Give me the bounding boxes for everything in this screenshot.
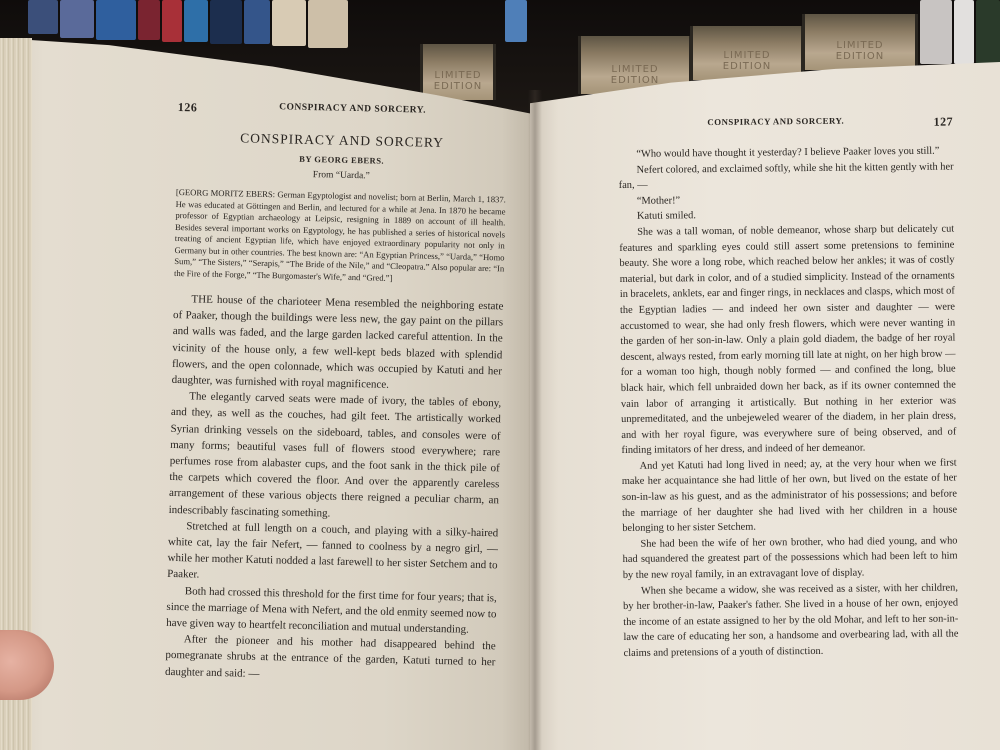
book-spine <box>976 0 1000 64</box>
book-spine <box>308 0 348 48</box>
paragraph: Nefert colored, and exclaimed softly, wh… <box>618 159 953 194</box>
paragraph: Both had crossed this threshold for the … <box>166 583 497 639</box>
paragraph: THE house of the charioteer Mena resembl… <box>171 291 503 396</box>
paragraph: She was a tall woman, of noble demeanor,… <box>619 221 956 458</box>
book-spine <box>96 0 136 40</box>
antique-book-spine: LIMITED EDITION <box>420 44 496 100</box>
book-spine <box>505 0 527 42</box>
book-spine <box>210 0 242 44</box>
book-spine <box>920 0 952 64</box>
author-intro-note: [GEORG MORITZ EBERS: German Egyptologist… <box>174 187 506 286</box>
book-spine <box>954 0 974 64</box>
book-spine <box>272 0 306 46</box>
paragraph: She had been the wife of her own brother… <box>622 533 957 583</box>
left-page-text: 126 CONSPIRACY AND SORCERY. CONSPIRACY A… <box>165 100 508 687</box>
paragraph: And yet Katuti had long lived in need; a… <box>622 455 958 536</box>
byline: BY GEORG EBERS. <box>177 151 507 168</box>
book-spine <box>138 0 160 40</box>
book-spine <box>162 0 182 42</box>
antique-book-spine: LIMITED EDITION <box>802 14 918 70</box>
source-note: From “Uarda.” <box>176 167 506 184</box>
running-head: CONSPIRACY AND SORCERY. 127 <box>618 114 953 133</box>
book-gutter <box>528 90 542 750</box>
book-spine <box>28 0 58 34</box>
book-spine <box>60 0 94 38</box>
right-page-text: CONSPIRACY AND SORCERY. 127 “Who would h… <box>618 114 959 661</box>
chapter-title: CONSPIRACY AND SORCERY <box>177 129 507 152</box>
book-spine <box>184 0 208 42</box>
page-number: 126 <box>178 100 198 115</box>
book-spine <box>244 0 270 44</box>
paragraph: The elegantly carved seats were made of … <box>169 388 502 525</box>
antique-book-spine: LIMITED EDITION <box>690 26 804 80</box>
paragraph: After the pioneer and his mother had dis… <box>165 631 496 687</box>
paragraph: Stretched at full length on a couch, and… <box>167 518 498 590</box>
page-number: 127 <box>933 114 953 129</box>
paragraph: When she became a widow, she was receive… <box>623 580 959 661</box>
running-head-title: CONSPIRACY AND SORCERY. <box>618 115 934 133</box>
